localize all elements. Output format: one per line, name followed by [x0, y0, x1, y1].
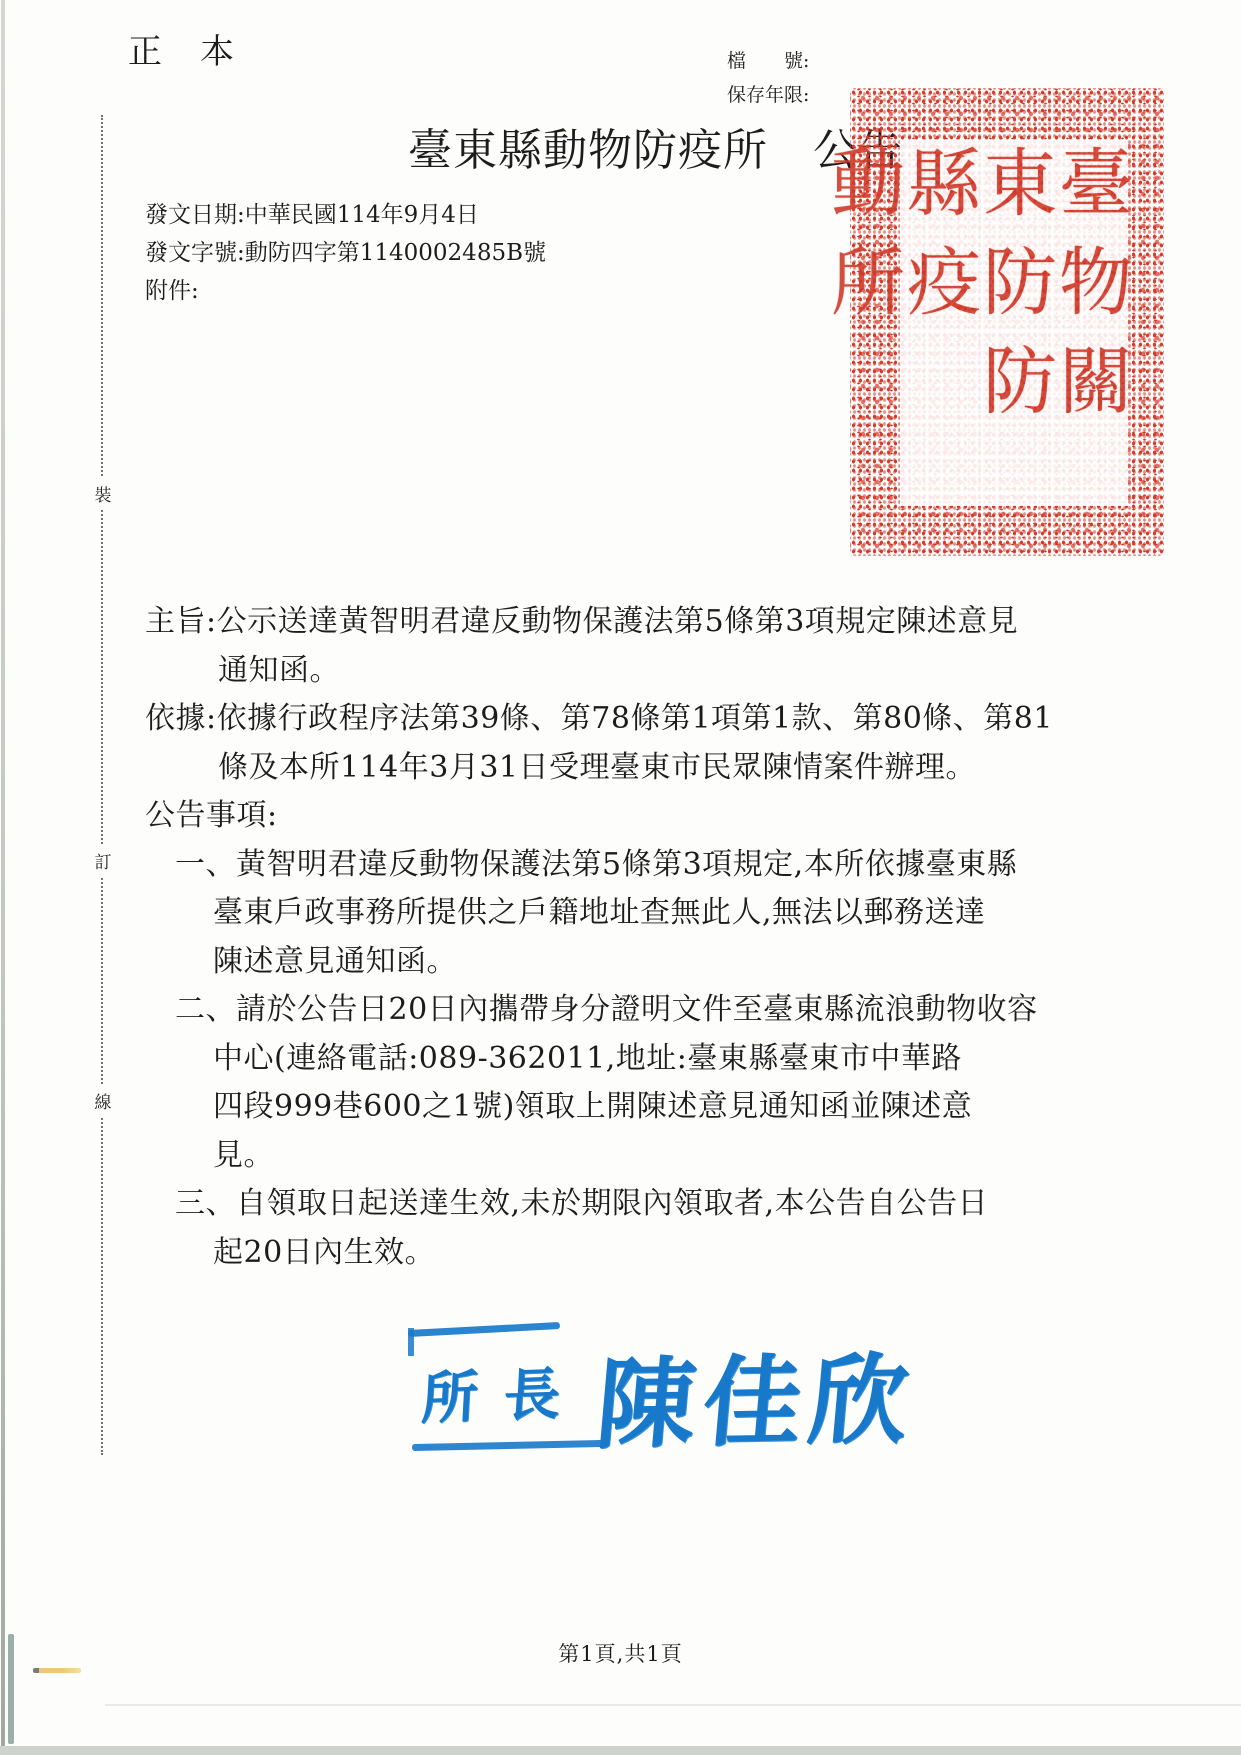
body-line-item3-cont: 起20日內生效。: [213, 1229, 1075, 1278]
scan-streak-artifact: [33, 1668, 81, 1673]
seal-column-2: 物防疫所: [900, 239, 1128, 338]
body-line-subject: 主旨:公示送達黃智明君違反動物保護法第5條第3項規定陳述意見: [145, 598, 1075, 647]
file-number-label: 檔 號:: [727, 44, 809, 78]
body-line-item2-cont3: 見。: [213, 1132, 1075, 1181]
binding-char-xian: 線: [90, 1085, 116, 1116]
document-meta-block: 發文日期:中華民國114年9月4日 發文字號:動防四字第1140002485B號…: [145, 196, 546, 310]
reference-number-line: 發文字號:動防四字第1140002485B號: [145, 234, 546, 272]
seal-column-3: 關防: [900, 338, 1128, 506]
binding-char-ding: 訂: [90, 845, 116, 876]
body-line-item1-cont2: 陳述意見通知函。: [213, 938, 1075, 987]
file-meta-block: 檔 號: 保存年限:: [727, 44, 809, 112]
body-line-item2-cont1: 中心(連絡電話:089-362011,地址:臺東縣臺東市中華路: [213, 1035, 1075, 1084]
director-title: 所長: [420, 1349, 589, 1435]
copy-type-label: 正 本: [128, 24, 236, 73]
body-line-items-header: 公告事項:: [145, 792, 1075, 841]
director-signature-stamp: 所長 陳佳欣: [408, 1322, 918, 1462]
scanned-official-announcement: { "header": { "copy_label": "正 本", "file…: [0, 0, 1241, 1755]
body-line-item2-cont2: 四段999巷600之1號)領取上開陳述意見通知函並陳述意: [213, 1083, 1075, 1132]
body-line-basis-cont: 條及本所114年3月31日受理臺東市民眾陳情案件辦理。: [218, 744, 1075, 793]
attachment-line: 附件:: [145, 272, 546, 310]
binding-char-zhuang: 裝: [90, 478, 116, 509]
body-line-item1-cont1: 臺東戶政事務所提供之戶籍地址查無此人,無法以郵務送達: [213, 889, 1075, 938]
body-line-item1: 一、黃智明君違反動物保護法第5條第3項規定,本所依據臺東縣: [175, 841, 1075, 890]
binding-dotted-line: [101, 115, 103, 1455]
body-line-item2: 二、請於公告日20日內攜帶身分證明文件至臺東縣流浪動物收容: [175, 986, 1075, 1035]
retention-period-label: 保存年限:: [727, 78, 809, 112]
scan-edge-left: [1, 0, 5, 1755]
stamp-frame-top-line: [408, 1322, 560, 1337]
seal-column-1: 臺東縣動: [900, 140, 1128, 239]
official-red-seal: 臺東縣動 物防疫所 關防: [850, 88, 1164, 556]
stamp-frame-bottom-line: [412, 1440, 604, 1451]
official-red-seal-text: 臺東縣動 物防疫所 關防: [900, 140, 1128, 506]
director-name: 陳佳欣: [592, 1321, 923, 1468]
issue-date-line: 發文日期:中華民國114年9月4日: [145, 196, 546, 234]
body-line-subject-cont: 通知函。: [218, 647, 1075, 696]
body-line-basis: 依據:依據行政程序法第39條、第78條第1項第1款、第80條、第81: [145, 695, 1075, 744]
body-line-item3: 三、自領取日起送達生效,未於期限內領取者,本公告自公告日: [175, 1180, 1075, 1229]
announcement-body: 主旨:公示送達黃智明君違反動物保護法第5條第3項規定陳述意見 通知函。 依據:依…: [145, 598, 1075, 1277]
stamp-frame-corner: [408, 1328, 414, 1356]
scan-faint-line: [105, 1704, 1241, 1706]
page-number-footer: 第1頁,共1頁: [0, 1638, 1241, 1668]
scan-edge-bottom: [0, 1746, 1241, 1755]
